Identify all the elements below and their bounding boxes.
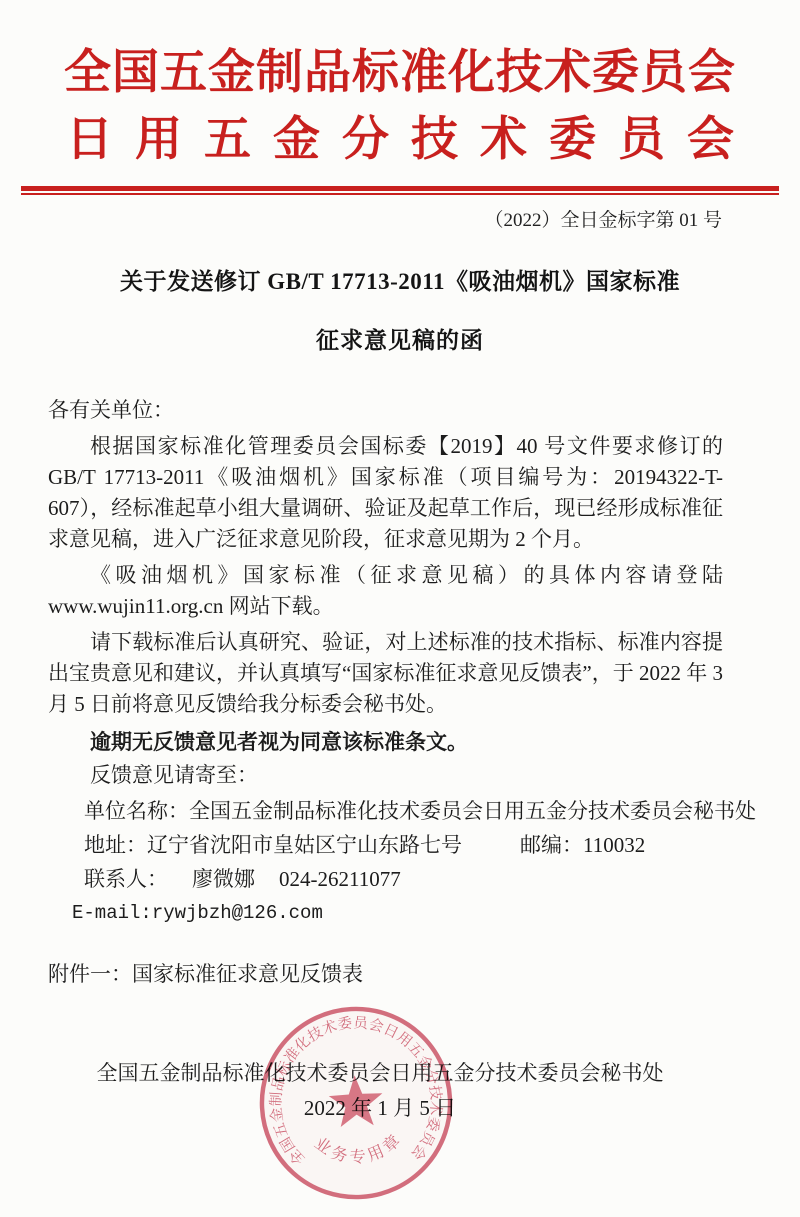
person-phone: 024-26211077: [279, 867, 401, 891]
signature-date: 2022 年 1 月 5 日: [0, 1093, 760, 1124]
deadline-notice: 逾期无反馈意见者视为同意该标准条文。: [48, 727, 723, 758]
seal-bottom-text: 业务专用章: [310, 1128, 408, 1169]
paragraph-1: 根据国家标准化管理委员会国标委【2019】40 号文件要求修订的 GB/T 17…: [48, 431, 723, 555]
letterhead: 全国五金制品标准化技术委员会 日用五金分技术委员会: [0, 46, 800, 167]
letterhead-rule-thick: [21, 186, 779, 191]
paragraph-3: 请下载标准后认真研究、验证，对上述标准的技术指标、标准内容提出宝贵意见和建议，并…: [48, 627, 723, 720]
contact-unit-line: 单位名称：全国五金制品标准化技术委员会日用五金分技术委员会秘书处: [48, 794, 723, 828]
contact-email-line: E-mail:rywjbzh@126.com: [48, 896, 723, 930]
contact-address-line: 地址：辽宁省沈阳市皇姑区宁山东路七号邮编：110032: [48, 828, 723, 862]
feedback-intro: 反馈意见请寄至：: [48, 760, 723, 791]
signature-block: 全国五金制品标准化技术委员会日用五金分技术委员会秘书处 2022 年 1 月 5…: [0, 1058, 800, 1124]
unit-label: 单位名称：: [84, 799, 189, 823]
postcode-label: 邮编：: [520, 833, 583, 857]
letter-title-line1: 关于发送修订 GB/T 17713-2011《吸油烟机》国家标准: [0, 263, 800, 296]
letter-title: 关于发送修订 GB/T 17713-2011《吸油烟机》国家标准 征求意见稿的函: [0, 263, 800, 355]
contact-block: 单位名称：全国五金制品标准化技术委员会日用五金分技术委员会秘书处 地址：辽宁省沈…: [48, 794, 723, 930]
attachment-value: 国家标准征求意见反馈表: [132, 962, 363, 986]
contact-person-line: 联系人：廖微娜024-26211077: [48, 862, 723, 896]
postcode-value: 110032: [583, 833, 645, 857]
letterhead-rule-thin: [21, 193, 779, 195]
paragraph-2: 《吸油烟机》国家标准（征求意见稿）的具体内容请登陆 www.wujin11.or…: [48, 560, 723, 622]
letterhead-org-line1: 全国五金制品标准化技术委员会: [0, 46, 800, 100]
document-number: （2022）全日金标字第 01 号: [0, 205, 800, 232]
scanned-letter-page: 全国五金制品标准化技术委员会 日用五金分技术委员会 （2022）全日金标字第 0…: [0, 0, 800, 1217]
signature-org: 全国五金制品标准化技术委员会日用五金分技术委员会秘书处: [0, 1058, 760, 1089]
letterhead-org-line2: 日用五金分技术委员会: [0, 113, 800, 167]
letterhead-rule: [21, 186, 779, 195]
salutation: 各有关单位：: [48, 395, 723, 426]
attachment-line: 附件一：国家标准征求意见反馈表: [48, 959, 723, 990]
unit-value: 全国五金制品标准化技术委员会日用五金分技术委员会秘书处: [189, 799, 756, 823]
person-label: 联系人：: [84, 867, 168, 891]
letter-body: 各有关单位： 根据国家标准化管理委员会国标委【2019】40 号文件要求修订的 …: [48, 395, 723, 930]
letter-title-line2: 征求意见稿的函: [0, 322, 800, 355]
attachment-label: 附件一：: [48, 962, 132, 986]
address-label: 地址：: [84, 833, 147, 857]
address-value: 辽宁省沈阳市皇姑区宁山东路七号: [147, 833, 462, 857]
person-name: 廖微娜: [192, 867, 255, 891]
